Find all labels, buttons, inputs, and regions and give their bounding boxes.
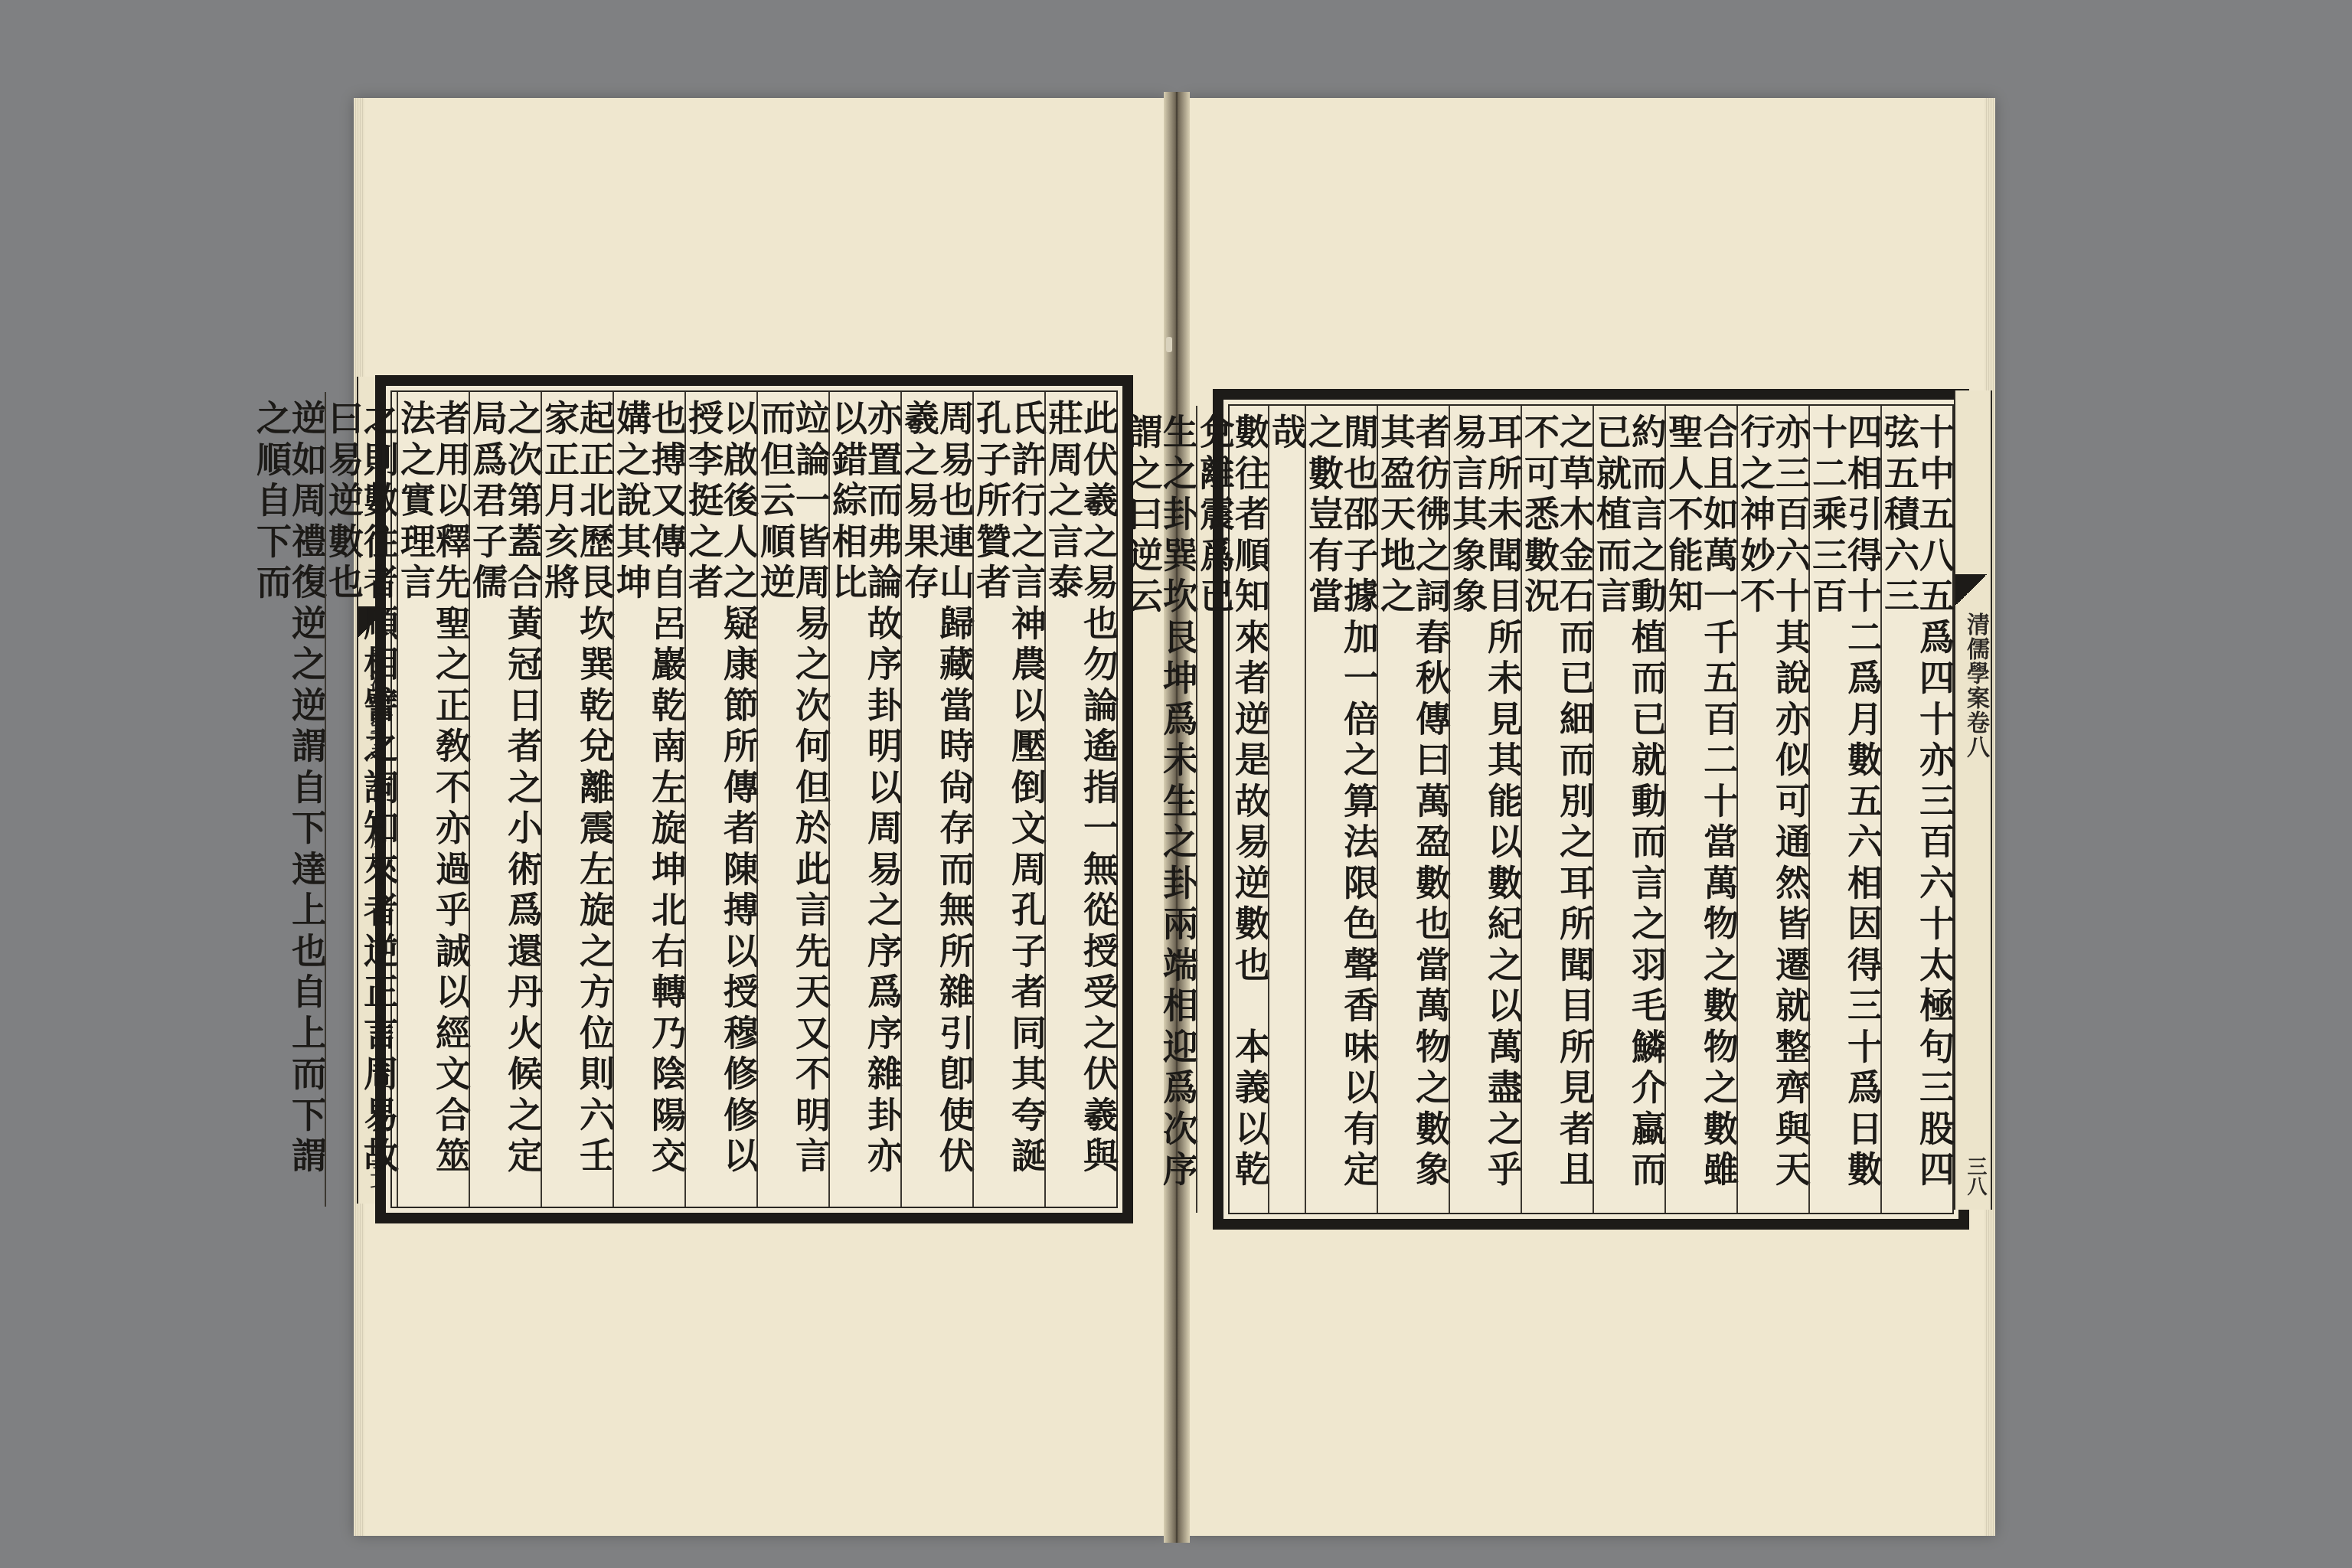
right-banxin: 清儒學案卷八 三八: [1954, 390, 1992, 1210]
text-column: 之次第蓋合黃冠日者之小術爲還丹火候之定局爲君子儒: [469, 392, 541, 1207]
text-column: 此伏羲之易也勿論遙指一無從授受之伏羲與莊周之言泰: [1044, 392, 1116, 1207]
column-text: 生之卦巽坎艮坤爲未生之卦兩端相迎爲次序謂之曰逆云: [1125, 413, 1196, 1213]
text-column: 逆如周禮復逆之逆謂自下達上也自上而下謂之順自下而: [254, 392, 325, 1207]
text-column: 之則數往者順相譬之詞知來者逆正言周易故曰易逆數也: [325, 392, 397, 1207]
text-column: 四相引得十二爲月數五六相因得三十爲日數十二乘三百: [1808, 406, 1880, 1213]
text-column: 竝論一皆周易之次何但於此言先天又不明言而但云順逆: [756, 392, 828, 1207]
text-column: 周易也連山歸藏當時尙存而無所雜引卽使伏羲之易果存: [900, 392, 972, 1207]
column-text: 十中五八五爲四十亦三百六十太極句三股四弦五積六三: [1882, 413, 1952, 1213]
text-column: 之草木金石而已細而別之耳所聞目所見者且不可悉數況: [1521, 406, 1592, 1213]
text-column: 耳所未聞目所未見其能以數紀之以萬盡之乎易言其象象: [1449, 406, 1521, 1213]
text-column: 生之卦巽坎艮坤爲未生之卦兩端相迎爲次序謂之曰逆云: [1125, 406, 1196, 1213]
folio-number: 三八: [1962, 1156, 1990, 1196]
column-text: 之次第蓋合黃冠日者之小術爲還丹火候之定局爲君子儒: [470, 400, 541, 1207]
column-text: 竝論一皆周易之次何但於此言先天又不明言而但云順逆: [758, 400, 828, 1207]
column-text: 者用以釋先聖之正敎不亦過乎誠以經文合筮法之實理言: [398, 400, 469, 1207]
text-column: 閒也邵子據加一倍之算法限色聲香味以有定之數豈有當: [1305, 406, 1377, 1213]
left-text-frame: 此伏羲之易也勿論遙指一無從授受之伏羲與莊周之言泰 氏許行之言神農以壓倒文周孔子者…: [375, 375, 1133, 1223]
column-text: 亦三百六十其說亦似可通然皆遷就整齊與天行之神妙不: [1738, 413, 1808, 1213]
text-column: 起正北歷艮坎巽乾兌離震左旋之方位則六壬家正月亥將: [541, 392, 612, 1207]
column-text: 之草木金石而已細而別之耳所聞目所見者且不可悉數況: [1522, 413, 1592, 1213]
text-column: 以啟後人之疑康節所傳者陳搏以授穆修修以授李挺之者: [684, 392, 756, 1207]
text-column: 哉: [1268, 406, 1305, 1213]
text-column: 數往者順知來者逆是故易逆數也 本義以乾兌離震爲已: [1196, 406, 1268, 1213]
column-text: 耳所未聞目所未見其能以數紀之以萬盡之乎易言其象象: [1450, 413, 1521, 1213]
column-text: 逆如周禮復逆之逆謂自下達上也自上而下謂之順自下而: [254, 400, 325, 1207]
column-text: 數往者順知來者逆是故易逆數也 本義以乾兌離震爲已: [1197, 413, 1268, 1213]
column-text: 者彷彿之詞春秋傳曰萬盈數也當萬物之數象其盈天地之: [1378, 413, 1449, 1213]
column-text: 以啟後人之疑康節所傳者陳搏以授穆修修以授李挺之者: [686, 400, 756, 1207]
text-column: 氏許行之言神農以壓倒文周孔子者同其夸誕孔子所贊者: [972, 392, 1044, 1207]
column-text: 也搏又傳自呂巖乾南左旋坤北右轉乃陰陽交媾之說其坤: [614, 400, 684, 1207]
text-column: 者彷彿之詞春秋傳曰萬盈數也當萬物之數象其盈天地之: [1377, 406, 1449, 1213]
column-text: 周易也連山歸藏當時尙存而無所雜引卽使伏羲之易果存: [902, 400, 972, 1207]
column-text: 氏許行之言神農以壓倒文周孔子者同其夸誕孔子所贊者: [974, 400, 1044, 1207]
binding-thread: [1166, 337, 1172, 352]
text-column: 約而言之動植而已就動而言之羽毛鱗介蠃而已就植而言: [1592, 406, 1664, 1213]
column-text: 四相引得十二爲月數五六相因得三十爲日數十二乘三百: [1810, 413, 1880, 1213]
right-column-grid: 十中五八五爲四十亦三百六十太極句三股四弦五積六三 四相引得十二爲月數五六相因得三…: [1228, 404, 1954, 1214]
column-text: 閒也邵子據加一倍之算法限色聲香味以有定之數豈有當: [1306, 413, 1377, 1213]
right-text-frame: 十中五八五爲四十亦三百六十太極句三股四弦五積六三 四相引得十二爲月數五六相因得三…: [1213, 389, 1969, 1230]
text-column: 亦三百六十其說亦似可通然皆遷就整齊與天行之神妙不: [1736, 406, 1808, 1213]
text-column: 合且如萬一千五百二十當萬物之數物之數雖聖人不能知: [1664, 406, 1736, 1213]
text-column: 也搏又傳自呂巖乾南左旋坤北右轉乃陰陽交媾之說其坤: [612, 392, 684, 1207]
text-column: 十中五八五爲四十亦三百六十太極句三股四弦五積六三: [1880, 406, 1952, 1213]
column-text: 此伏羲之易也勿論遙指一無從授受之伏羲與莊周之言泰: [1046, 400, 1116, 1207]
column-text: 合且如萬一千五百二十當萬物之數物之數雖聖人不能知: [1666, 413, 1736, 1213]
text-column: 亦置而弗論故序卦明以周易之序爲序雜卦亦以錯綜相比: [828, 392, 900, 1207]
fishtail-icon: [1955, 574, 1988, 605]
running-title: 清儒學案卷八: [1958, 612, 1992, 759]
column-text: 約而言之動植而已就動而言之羽毛鱗介蠃而已就植而言: [1594, 413, 1664, 1213]
column-text: 之則數往者順相譬之詞知來者逆正言周易故曰易逆數也: [326, 400, 397, 1207]
column-text: 亦置而弗論故序卦明以周易之序爲序雜卦亦以錯綜相比: [830, 400, 900, 1207]
column-text: 起正北歷艮坎巽乾兌離震左旋之方位則六壬家正月亥將: [542, 400, 612, 1207]
column-text: 哉: [1269, 413, 1305, 455]
text-column: 者用以釋先聖之正敎不亦過乎誠以經文合筮法之實理言: [397, 392, 469, 1207]
left-column-grid: 此伏羲之易也勿論遙指一無從授受之伏羲與莊周之言泰 氏許行之言神農以壓倒文周孔子者…: [390, 390, 1118, 1208]
